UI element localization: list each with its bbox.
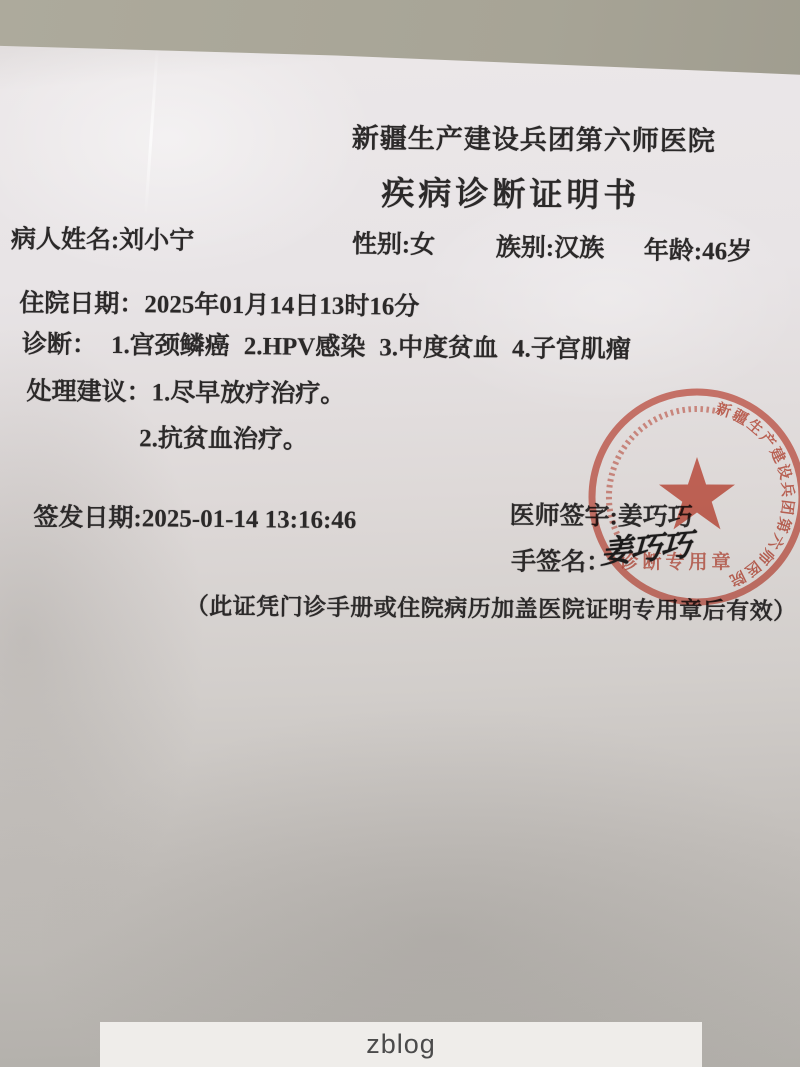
patient-gender-field: 性别:女 <box>352 224 436 261</box>
advice-item: 2.抗贫血治疗。 <box>139 418 308 455</box>
hospital-name: 新疆生产建设兵团第六师医院 <box>352 116 716 158</box>
diagnosis-label: 诊断： <box>22 331 97 359</box>
advice-item: 1.尽早放疗治疗。 <box>151 379 345 408</box>
advice-field: 处理建议：1.尽早放疗治疗。 <box>26 371 345 410</box>
seal-star-icon <box>659 457 735 529</box>
admission-date-label: 住院日期： <box>19 290 144 318</box>
handwritten-signature: 姜巧巧 <box>600 519 692 572</box>
certificate-title: 疾病诊断证明书 <box>381 167 640 216</box>
diagnosis-field: 诊断：1.宫颈鳞癌2.HPV感染3.中度贫血4.子宫肌瘤 <box>22 324 631 365</box>
patient-name-label: 病人姓名: <box>11 226 120 254</box>
patient-name-value: 刘小宁 <box>119 227 194 255</box>
issue-date-value: 2025-01-14 13:16:46 <box>142 505 357 534</box>
watermark-text: zblog <box>366 1029 436 1060</box>
certificate-photo: 新疆生产建设兵团第六师医院 疾病诊断证明书 病人姓名:刘小宁 性别:女 族别:汉… <box>0 0 800 1067</box>
admission-date-field: 住院日期：2025年01月14日13时16分 <box>19 283 419 322</box>
patient-name-field: 病人姓名:刘小宁 <box>11 219 195 257</box>
issue-date-label: 签发日期: <box>33 504 142 532</box>
patient-ethnic-label: 族别: <box>496 234 555 262</box>
patient-ethnic-value: 汉族 <box>554 235 604 262</box>
diagnosis-item: 3.中度贫血 <box>379 334 498 362</box>
diagnosis-item: 1.宫颈鳞癌 <box>111 332 230 360</box>
diagnosis-item: 4.子宫肌瘤 <box>512 335 631 363</box>
patient-gender-value: 女 <box>410 232 435 259</box>
patient-age-label: 年龄: <box>644 238 703 266</box>
patient-ethnic-field: 族别:汉族 <box>496 227 605 264</box>
patient-gender-label: 性别: <box>352 231 411 259</box>
hospital-seal: 新疆生产建设兵团第六师医院 诊断专用章 <box>580 380 800 614</box>
watermark-bar: zblog <box>100 1022 702 1067</box>
advice-label: 处理建议： <box>26 378 151 406</box>
diagnosis-item: 2.HPV感染 <box>244 333 366 361</box>
patient-age-value: 46岁 <box>702 238 752 265</box>
admission-date-value: 2025年01月14日13时16分 <box>144 291 419 320</box>
patient-age-field: 年龄:46岁 <box>644 231 753 268</box>
issue-date-field: 签发日期:2025-01-14 13:16:46 <box>33 497 356 536</box>
